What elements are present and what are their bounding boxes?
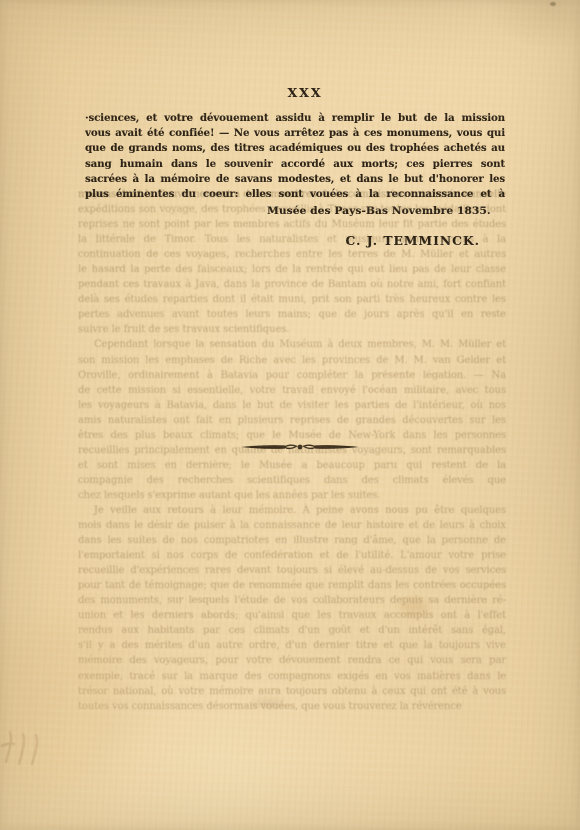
text-line: Cependant lorsque la sensation du Muséum… [78,337,506,352]
page-number: XXX [30,85,580,100]
text-line: Oroville, ordinairement à Batavia pour c… [78,368,506,383]
text-line: sacrées à la mémoire de savans modestes,… [85,172,505,187]
text-line: delà ses études reparties dont il était … [78,292,506,307]
text-line: compagnie des recherches scientifiques d… [78,473,506,488]
text-line: ·sciences, et votre dévouement assidu à … [85,111,505,126]
text-line: suivre le fruit de ses travaux scientifi… [78,322,506,337]
text-line: trésor national, où votre mémoire aura t… [78,684,506,699]
author-signature: C. J. TEMMINCK. [346,234,481,248]
dateline: Musée des Pays-Bas Novembre 1835. [267,205,491,217]
text-line: amis naturalistes ont fait en plusieurs … [78,413,506,428]
text-line: Je veille aux retours à leur mémoire. À … [78,503,506,518]
text-line: toutes vos connaissances désormais vouée… [78,699,506,714]
text-line: mois dans le désir de puiser à la connai… [78,518,506,533]
scanned-book-page: { "colors": { "paper": "#ecd2a2", "ink":… [0,0,580,830]
text-line: pendant ces travaux à Java, dans la prov… [78,277,506,292]
text-line: rendus aux habitants par ces climats d'u… [78,623,506,638]
text-line: des monuments, sur lesquels l'étude de v… [78,593,506,608]
text-line: l'emportaient si nos corps de confédérat… [78,548,506,563]
text-line: son mission les emphases de Riche avec l… [78,353,506,368]
text-line: plus éminentes du coeur: elles sont voué… [85,187,505,202]
text-line: les voyageurs à Batavia, dans le but de … [78,398,506,413]
text-line: s'il y a des mérites d'un autre ordre, d… [78,638,506,653]
text-line: sang humain dans le souvenir accordé aux… [85,157,505,172]
text-line: le hasard la perte des faisceaux; lors d… [78,262,506,277]
text-line: dans les suites de nos compatriotes en i… [78,533,506,548]
text-line: recueillie d'expériences rares devant to… [78,563,506,578]
text-line: et sont mises en dernière; le Musée a be… [78,458,506,473]
text-line: union et les derniers abords; qu'ainsi q… [78,608,506,623]
text-line: chez lesquels s'exprime autant que les a… [78,488,506,503]
printer-rule-fleuron-icon [240,441,360,453]
text-line: pertes advenues avant toutes leurs mains… [78,307,506,322]
text-line: que de grands noms, des titres académiqu… [85,141,505,156]
text-line: de cette mission si essentielle, votre t… [78,383,506,398]
text-line: pour tant de témoignage; que de renommée… [78,578,506,593]
text-line: mémoire des voyageurs, pour votre dévoue… [78,653,506,668]
text-line: continuation de ces voyages, recherches … [78,247,506,262]
text-line: reprises ne sont point par les membres a… [78,217,506,232]
ink-speck [550,2,556,6]
text-line: vous avait été confiée! — Ne vous arrête… [85,126,505,141]
handwriting-marks [0,726,60,772]
main-paragraph: ·sciences, et votre dévouement assidu à … [85,111,505,202]
text-line: exemple, tracé sur la marque des compagn… [78,669,506,684]
